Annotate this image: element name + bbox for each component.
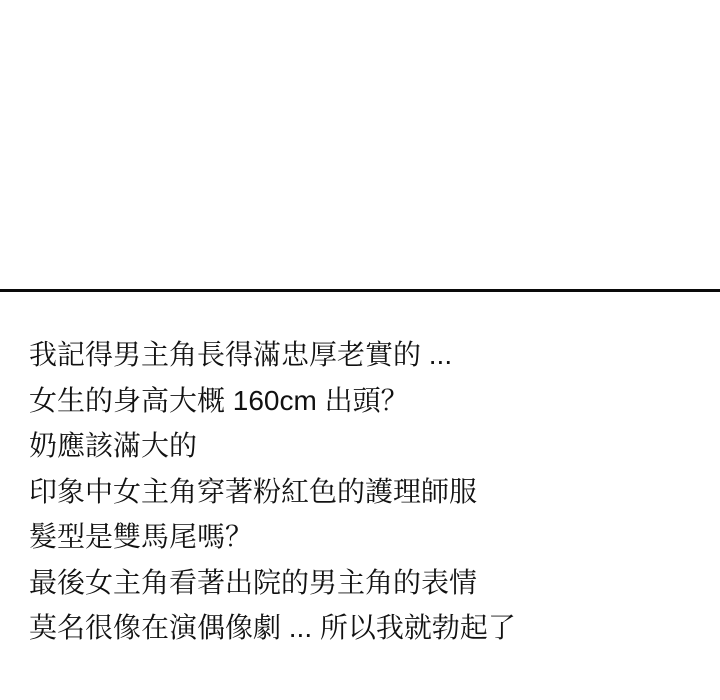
comment-line: 莫名很像在演偶像劇 ... 所以我就勃起了: [29, 605, 689, 651]
comment-line: 最後女主角看著出院的男主角的表情: [29, 560, 689, 606]
section-divider: [0, 289, 720, 292]
comment-line: 印象中女主角穿著粉紅色的護理師服: [29, 469, 689, 515]
comment-line: 我記得男主角長得滿忠厚老實的 ...: [29, 332, 689, 378]
comment-body: 我記得男主角長得滿忠厚老實的 ... 女生的身高大概 160cm 出頭？ 奶應該…: [29, 332, 689, 651]
comment-line: 奶應該滿大的: [29, 423, 689, 469]
comment-line: 女生的身高大概 160cm 出頭？: [29, 378, 689, 424]
comment-line: 髮型是雙馬尾嗎？: [29, 514, 689, 560]
page-background: 我記得男主角長得滿忠厚老實的 ... 女生的身高大概 160cm 出頭？ 奶應該…: [0, 0, 720, 700]
